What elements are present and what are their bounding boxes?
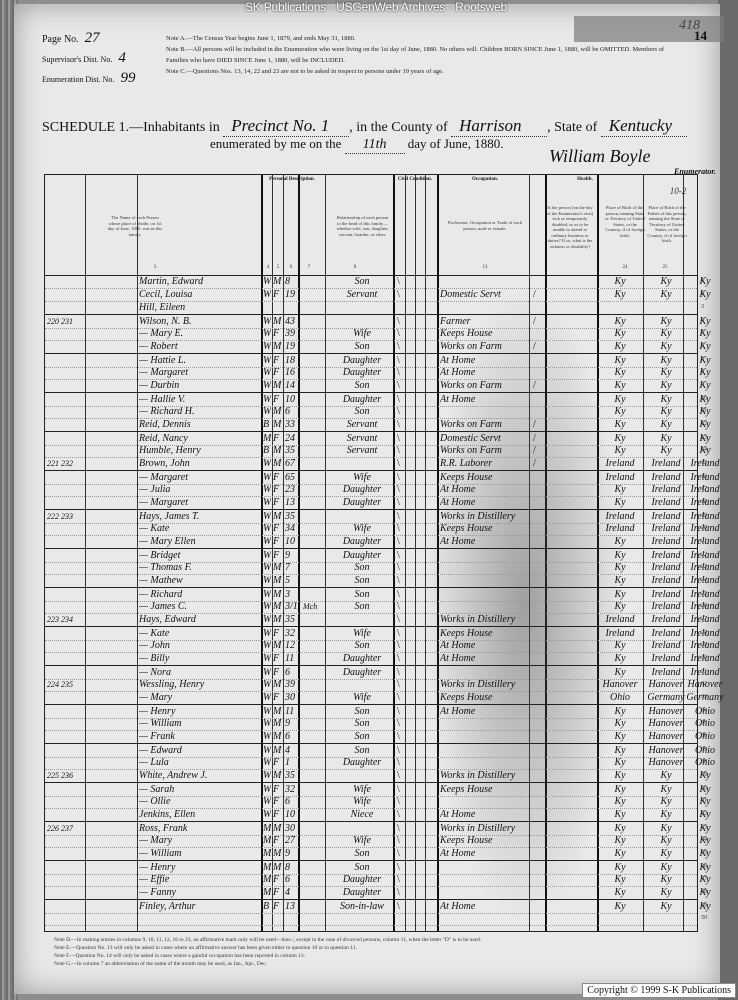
- sex: M: [273, 769, 283, 782]
- schedule-line: SCHEDULE 1.—Inhabitants in Precinct No. …: [42, 116, 687, 137]
- row-number: 44: [701, 834, 707, 847]
- mother-birthplace: Ky: [685, 340, 725, 353]
- row-number: 17: [701, 483, 707, 496]
- relationship: Servant: [331, 418, 393, 431]
- birthplace: Ky: [600, 639, 640, 652]
- relationship: Wife: [331, 327, 393, 340]
- row-number: 50: [701, 912, 707, 925]
- occupation: At Home: [440, 808, 530, 821]
- father-birthplace: Ky: [645, 418, 687, 431]
- table-row: Hill, Eileen3: [45, 301, 697, 315]
- col14-mark: /: [533, 288, 543, 301]
- civil-condition-mark: \: [397, 795, 427, 808]
- row-number: 12: [701, 418, 707, 431]
- age: 34: [285, 522, 299, 535]
- age: 13: [285, 496, 299, 509]
- age: 6: [285, 873, 299, 886]
- birthplace: Ireland: [600, 522, 640, 535]
- row-number: 21: [701, 535, 707, 548]
- civil-condition-mark: \: [397, 574, 427, 587]
- color: B: [263, 418, 271, 431]
- sex: F: [273, 691, 283, 704]
- sex: M: [273, 561, 283, 574]
- sheet-number: 14: [694, 28, 707, 44]
- color: W: [263, 769, 271, 782]
- table-row: 50: [45, 912, 697, 926]
- color: Mu: [263, 834, 271, 847]
- civil-condition-mark: \: [397, 678, 427, 691]
- col3-header: The Name of each Person whose place of a…: [105, 215, 165, 237]
- census-table: Personal Description. Civil Condition. O…: [44, 174, 698, 932]
- birthplace: Ky: [600, 574, 640, 587]
- person-name: — Mary: [139, 691, 259, 704]
- civil-condition-mark: \: [397, 652, 427, 665]
- father-birthplace: Ky: [645, 379, 687, 392]
- birthplace: Ky: [600, 600, 640, 613]
- group-personal: Personal Description.: [267, 177, 317, 182]
- color: W: [263, 483, 271, 496]
- sex: M: [273, 275, 283, 288]
- person-name: Brown, John: [139, 457, 259, 470]
- sex: M: [273, 340, 283, 353]
- color: W: [263, 327, 271, 340]
- father-birthplace: Ky: [645, 444, 687, 457]
- occupation: At Home: [440, 847, 530, 860]
- civil-condition-mark: \: [397, 535, 427, 548]
- birthplace: Ky: [600, 847, 640, 860]
- civil-condition-mark: \: [397, 444, 427, 457]
- age: 9: [285, 847, 299, 860]
- sex: M: [273, 613, 283, 626]
- color: B: [263, 444, 271, 457]
- age: 10: [285, 808, 299, 821]
- row-number: 32: [701, 678, 707, 691]
- row-number: 18: [701, 496, 707, 509]
- col14-mark: /: [533, 418, 543, 431]
- age: 30: [285, 691, 299, 704]
- table-row: — BillyWF11Daughter\At HomeKyIrelandIrel…: [45, 652, 697, 666]
- occupation: Works in Distillery: [440, 678, 530, 691]
- table-row: — MargaretWF16Daughter\At HomeKyKyKy8: [45, 366, 697, 380]
- birthplace: Ky: [600, 886, 640, 899]
- color: W: [263, 691, 271, 704]
- age: 7: [285, 561, 299, 574]
- dwelling-family-number: 221 232: [47, 457, 137, 470]
- col8-header: Relationship of each person to the head …: [335, 215, 390, 237]
- col14-mark: /: [533, 444, 543, 457]
- father-birthplace: Hanover: [645, 678, 687, 691]
- color: W: [263, 535, 271, 548]
- row-number: 5: [701, 327, 704, 340]
- person-name: — Thomas F.: [139, 561, 259, 574]
- sex: M: [273, 574, 283, 587]
- relationship: Son: [331, 574, 393, 587]
- birthplace: Ky: [600, 418, 640, 431]
- sex: M: [273, 379, 283, 392]
- relationship: Daughter: [331, 756, 393, 769]
- color: W: [263, 613, 271, 626]
- dwelling-family-number: 223 234: [47, 613, 137, 626]
- sex: F: [273, 288, 283, 301]
- header-notes: Note A.—The Census Year begins June 1, 1…: [166, 33, 686, 77]
- birthplace: Ky: [600, 379, 640, 392]
- relationship: Daughter: [331, 366, 393, 379]
- table-row: — FrankWM6Son\KyHanoverOhio36: [45, 730, 697, 744]
- county-field: Harrison: [451, 116, 547, 137]
- sex: F: [273, 834, 283, 847]
- table-row: — JuliaWF23Daughter\At HomeKyIrelandIrel…: [45, 483, 697, 497]
- person-name: — Robert: [139, 340, 259, 353]
- father-birthplace: Ky: [645, 288, 687, 301]
- age: 6: [285, 405, 299, 418]
- occupation: Works in Distillery: [440, 613, 530, 626]
- person-name: — Mary Ellen: [139, 535, 259, 548]
- age: 9: [285, 717, 299, 730]
- row-number: 38: [701, 756, 707, 769]
- person-name: — Ollie: [139, 795, 259, 808]
- occupation: Keeps House: [440, 522, 530, 535]
- row-number: 41: [701, 795, 707, 808]
- civil-condition-mark: \: [397, 808, 427, 821]
- table-row: — JohnWM12Son\At HomeKyIrelandIreland29: [45, 639, 697, 653]
- occupation: Works in Distillery: [440, 769, 530, 782]
- age: 11: [285, 652, 299, 665]
- father-birthplace: Ky: [645, 275, 687, 288]
- person-name: — Margaret: [139, 366, 259, 379]
- civil-condition-mark: \: [397, 613, 427, 626]
- age: 67: [285, 457, 299, 470]
- father-birthplace: Ky: [645, 847, 687, 860]
- col13-header: Profession, Occupation or Trade of each …: [445, 220, 525, 231]
- civil-condition-mark: \: [397, 340, 427, 353]
- occupation: At Home: [440, 535, 530, 548]
- birthplace: Ky: [600, 873, 640, 886]
- civil-condition-mark: \: [397, 769, 427, 782]
- relationship: Son: [331, 717, 393, 730]
- page-no: Page No.27: [42, 30, 100, 47]
- row-number: 33: [701, 691, 707, 704]
- civil-condition-mark: \: [397, 496, 427, 509]
- occupation: At Home: [440, 496, 530, 509]
- sex: M: [273, 405, 283, 418]
- col15-header: Is the person [on the day of the Enumera…: [545, 205, 595, 249]
- person-name: — Fanny: [139, 886, 259, 899]
- person-name: — William: [139, 847, 259, 860]
- civil-condition-mark: \: [397, 873, 427, 886]
- sex: F: [273, 873, 283, 886]
- relationship: Servant: [331, 288, 393, 301]
- father-birthplace: Ireland: [645, 457, 687, 470]
- birthplace: Ireland: [600, 457, 640, 470]
- occupation: Keeps House: [440, 327, 530, 340]
- occupation: Keeps House: [440, 691, 530, 704]
- relationship: Wife: [331, 522, 393, 535]
- civil-condition-mark: \: [397, 418, 427, 431]
- row-number: 23: [701, 561, 707, 574]
- birth-month: Mch: [303, 600, 323, 613]
- relationship: Son: [331, 847, 393, 860]
- person-name: — Julia: [139, 483, 259, 496]
- civil-condition-mark: \: [397, 730, 427, 743]
- person-name: Hays, Edward: [139, 613, 259, 626]
- row-number: 14: [701, 444, 707, 457]
- birthplace: Ohio: [600, 691, 640, 704]
- sex: F: [273, 483, 283, 496]
- footnotes: Note D.—In making entries in columns 9, …: [54, 936, 654, 968]
- color: W: [263, 574, 271, 587]
- father-birthplace: Ky: [645, 366, 687, 379]
- color: W: [263, 678, 271, 691]
- person-name: — Mathew: [139, 574, 259, 587]
- page-no-value: 27: [85, 30, 100, 46]
- sex: M: [273, 418, 283, 431]
- age: 5: [285, 574, 299, 587]
- person-name: — John: [139, 639, 259, 652]
- color: W: [263, 522, 271, 535]
- col14-mark: /: [533, 457, 543, 470]
- occupation: At Home: [440, 652, 530, 665]
- person-name: — Mary E.: [139, 327, 259, 340]
- civil-condition-mark: \: [397, 275, 427, 288]
- person-name: Hill, Eileen: [139, 301, 259, 314]
- occupation: R.R. Laborer: [440, 457, 530, 470]
- civil-condition-mark: \: [397, 522, 427, 535]
- relationship: Niece: [331, 808, 393, 821]
- table-row: Martin, EdwardWM8Son\KyKyKy1: [45, 275, 697, 289]
- age: 6: [285, 795, 299, 808]
- table-row: — Thomas F.WM7Son\KyIrelandIreland23: [45, 561, 697, 575]
- row-number: 42: [701, 808, 707, 821]
- age: 23: [285, 483, 299, 496]
- birthplace: Ky: [600, 340, 640, 353]
- father-birthplace: Ireland: [645, 574, 687, 587]
- birthplace: Ky: [600, 769, 640, 782]
- state-field: Kentucky: [601, 116, 687, 137]
- table-row: — Mary E.WF39Wife\Keeps HouseKyKyKy5: [45, 327, 697, 341]
- father-birthplace: Ky: [645, 808, 687, 821]
- sex: F: [273, 756, 283, 769]
- person-name: — Margaret: [139, 496, 259, 509]
- census-sheet: 418 14 Page No.27 Supervisor's Dist. No.…: [14, 4, 720, 994]
- table-row: — MargaretWF13Daughter\At HomeKyIrelandI…: [45, 496, 697, 510]
- supervisor-dist-value: 4: [118, 50, 126, 66]
- birthplace: Ky: [600, 652, 640, 665]
- father-birthplace: Hanover: [645, 730, 687, 743]
- father-birthplace: Ireland: [645, 535, 687, 548]
- birthplace: Ky: [600, 444, 640, 457]
- father-birthplace: Ky: [645, 834, 687, 847]
- civil-condition-mark: \: [397, 405, 427, 418]
- row-number: 36: [701, 730, 707, 743]
- age: 35: [285, 613, 299, 626]
- color: W: [263, 652, 271, 665]
- row-number: 2: [701, 288, 704, 301]
- relationship: Daughter: [331, 535, 393, 548]
- relationship: Daughter: [331, 873, 393, 886]
- col26-annotation: 10-2: [663, 189, 693, 195]
- birthplace: Ky: [600, 496, 640, 509]
- age: 10: [285, 535, 299, 548]
- mother-birthplace: Ky: [685, 379, 725, 392]
- civil-condition-mark: \: [397, 847, 427, 860]
- table-row: — MathewWM5Son\KyIrelandIreland24: [45, 574, 697, 588]
- age: 27: [285, 834, 299, 847]
- supervisor-dist: Supervisor's Dist. No.4: [42, 50, 126, 67]
- father-birthplace: Ireland: [645, 639, 687, 652]
- person-name: — Frank: [139, 730, 259, 743]
- civil-condition-mark: \: [397, 756, 427, 769]
- table-row: Cecil, LouisaWF19Servant\Domestic Servt/…: [45, 288, 697, 302]
- person-name: Reid, Dennis: [139, 418, 259, 431]
- person-name: — Effie: [139, 873, 259, 886]
- sex: F: [273, 652, 283, 665]
- person-name: — Richard H.: [139, 405, 259, 418]
- color: W: [263, 730, 271, 743]
- color: Mu: [263, 847, 271, 860]
- age: 8: [285, 275, 299, 288]
- birthplace: Ky: [600, 275, 640, 288]
- father-birthplace: Ireland: [645, 652, 687, 665]
- table-row: — FannyMuF4Daughter\KyKyKy48: [45, 886, 697, 900]
- row-number: 48: [701, 886, 707, 899]
- civil-condition-mark: \: [397, 886, 427, 899]
- row-number: 11: [701, 405, 707, 418]
- dwelling-family-number: 224 235: [47, 678, 137, 691]
- color: W: [263, 340, 271, 353]
- person-name: — Mary: [139, 834, 259, 847]
- occupation: Domestic Servt: [440, 288, 530, 301]
- person-name: — Durbin: [139, 379, 259, 392]
- enumeration-date-line: enumerated by me on the 11th day of June…: [210, 136, 503, 154]
- birthplace: Ireland: [600, 613, 640, 626]
- birthplace: Ky: [600, 366, 640, 379]
- father-birthplace: Ireland: [645, 600, 687, 613]
- father-birthplace: Ky: [645, 327, 687, 340]
- civil-condition-mark: \: [397, 457, 427, 470]
- father-birthplace: Ireland: [645, 522, 687, 535]
- age: 16: [285, 366, 299, 379]
- color: W: [263, 600, 271, 613]
- sex: M: [273, 678, 283, 691]
- relationship: Son: [331, 730, 393, 743]
- row-number: 30: [701, 652, 707, 665]
- table-row: — MaryWF30Wife\Keeps HouseOhioGermanyGer…: [45, 691, 697, 705]
- father-birthplace: Ireland: [645, 561, 687, 574]
- color: W: [263, 639, 271, 652]
- sex: F: [273, 496, 283, 509]
- birthplace: Ky: [600, 561, 640, 574]
- relationship: Son: [331, 340, 393, 353]
- occupation: At Home: [440, 483, 530, 496]
- civil-condition-mark: \: [397, 561, 427, 574]
- civil-condition-mark: \: [397, 600, 427, 613]
- sex: F: [273, 795, 283, 808]
- person-name: — William: [139, 717, 259, 730]
- age: 14: [285, 379, 299, 392]
- table-row: Reid, DennisBM33Servant\Works on Farm/Ky…: [45, 418, 697, 432]
- col14-mark: /: [533, 340, 543, 353]
- sex: F: [273, 522, 283, 535]
- age: 35: [285, 769, 299, 782]
- color: W: [263, 808, 271, 821]
- row-number: 39: [701, 769, 707, 782]
- birthplace: Ky: [600, 717, 640, 730]
- relationship: Son: [331, 600, 393, 613]
- color: W: [263, 379, 271, 392]
- civil-condition-mark: \: [397, 717, 427, 730]
- occupation: Works on Farm: [440, 340, 530, 353]
- sex: F: [273, 808, 283, 821]
- person-name: — Lula: [139, 756, 259, 769]
- enumeration-dist-value: 99: [120, 70, 135, 86]
- table-row: — WilliamWM9Son\KyHanoverOhio35: [45, 717, 697, 731]
- civil-condition-mark: \: [397, 288, 427, 301]
- person-name: Wessling, Henry: [139, 678, 259, 691]
- age: 12: [285, 639, 299, 652]
- color: W: [263, 457, 271, 470]
- color: W: [263, 561, 271, 574]
- row-number: 20: [701, 522, 707, 535]
- color: W: [263, 717, 271, 730]
- person-name: Cecil, Louisa: [139, 288, 259, 301]
- row-number: 24: [701, 574, 707, 587]
- father-birthplace: Hanover: [645, 717, 687, 730]
- age: 1: [285, 756, 299, 769]
- mother-birthplace: Ky: [685, 275, 725, 288]
- occupation: At Home: [440, 366, 530, 379]
- table-row: 224 235Wessling, HenryWM39\Works in Dist…: [45, 678, 697, 692]
- father-birthplace: Ireland: [645, 613, 687, 626]
- person-name: — Kate: [139, 522, 259, 535]
- relationship: Wife: [331, 691, 393, 704]
- father-birthplace: Ireland: [645, 483, 687, 496]
- row-number: 8: [701, 366, 704, 379]
- col25-header: Place of Birth of the Father of this per…: [647, 205, 687, 244]
- sex: M: [273, 847, 283, 860]
- place-field: Precinct No. 1: [223, 116, 349, 137]
- table-row: — OllieWF6Wife\KyKyKy41: [45, 795, 697, 809]
- color: W: [263, 366, 271, 379]
- row-number: 29: [701, 639, 707, 652]
- table-row: — LulaWF1Daughter\KyHanoverOhio38: [45, 756, 697, 770]
- birthplace: Ky: [600, 834, 640, 847]
- sex: M: [273, 600, 283, 613]
- color: W: [263, 756, 271, 769]
- civil-condition-mark: \: [397, 834, 427, 847]
- sex: M: [273, 717, 283, 730]
- father-birthplace: Germany: [645, 691, 687, 704]
- color: W: [263, 795, 271, 808]
- mother-birthplace: Ky: [685, 288, 725, 301]
- father-birthplace: Hanover: [645, 756, 687, 769]
- person-name: — Billy: [139, 652, 259, 665]
- group-health: Health.: [545, 177, 625, 182]
- birthplace: Ky: [600, 405, 640, 418]
- table-row: 223 234Hays, EdwardWM35\Works in Distill…: [45, 613, 697, 627]
- age: 39: [285, 678, 299, 691]
- table-row: — RobertWM19Son\Works on Farm/KyKyKy6: [45, 340, 697, 354]
- person-name: — James C.: [139, 600, 259, 613]
- birthplace: Ky: [600, 535, 640, 548]
- sex: F: [273, 535, 283, 548]
- col14-mark: /: [533, 379, 543, 392]
- birthplace: Ky: [600, 808, 640, 821]
- relationship: Son: [331, 639, 393, 652]
- sex: F: [273, 327, 283, 340]
- father-birthplace: Ky: [645, 769, 687, 782]
- father-birthplace: Ky: [645, 340, 687, 353]
- row-number: 9: [701, 379, 704, 392]
